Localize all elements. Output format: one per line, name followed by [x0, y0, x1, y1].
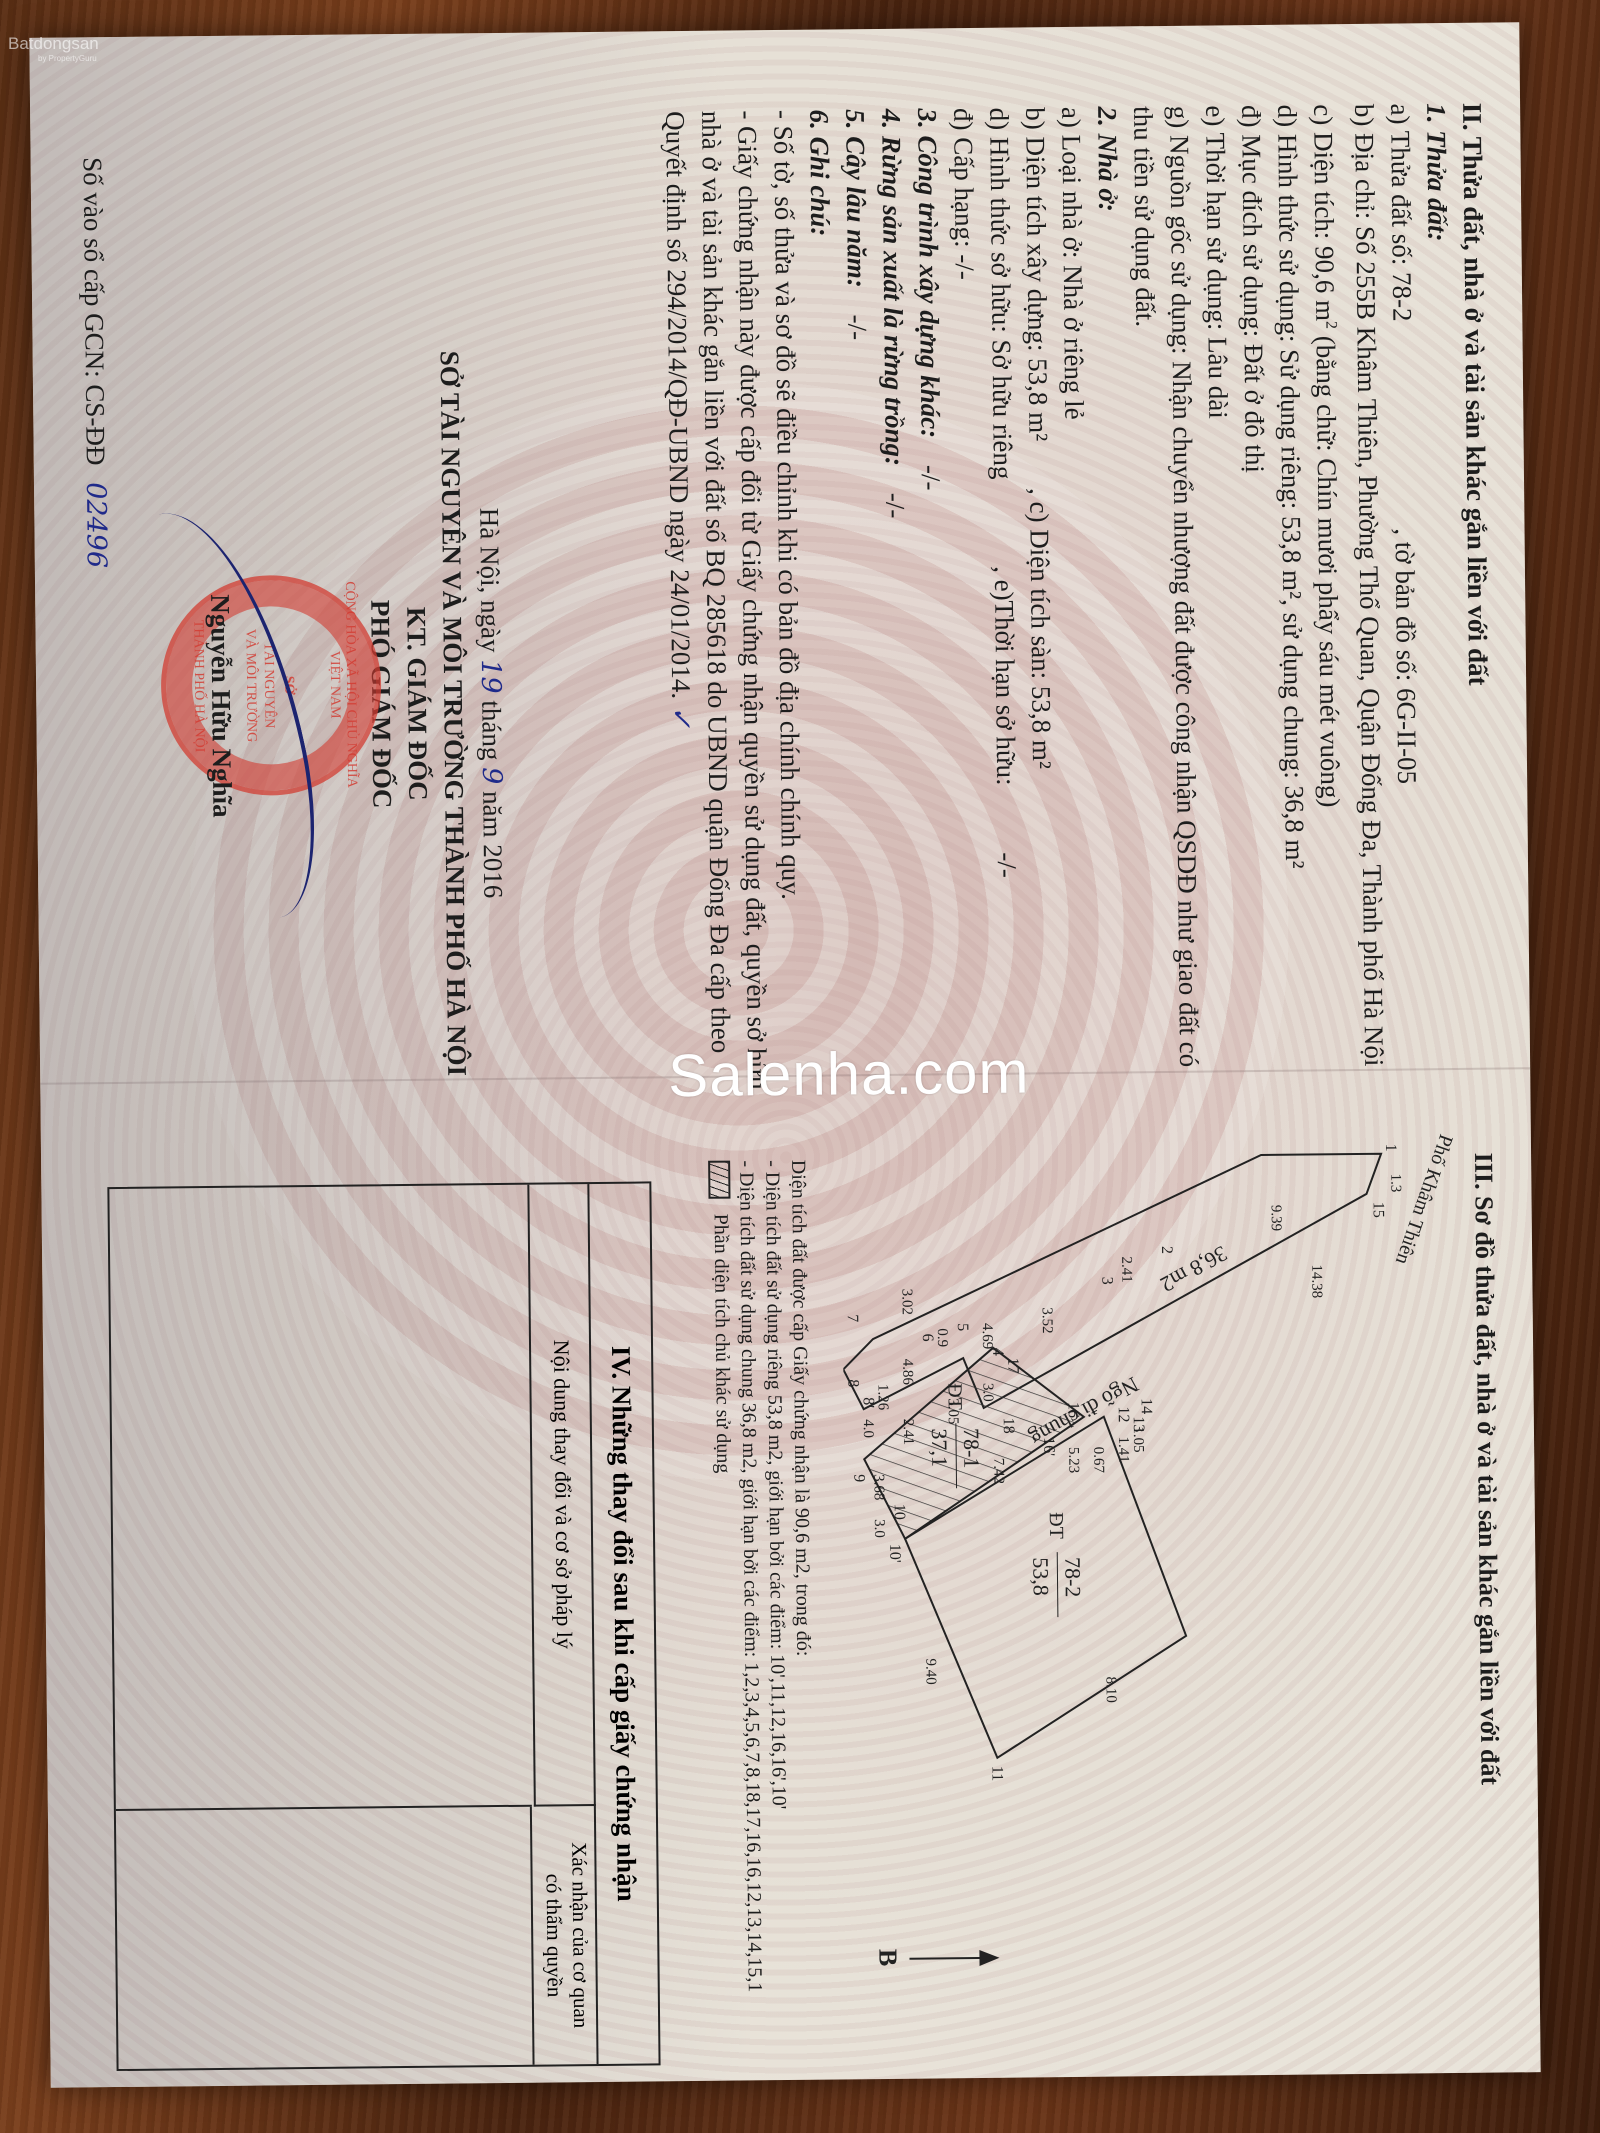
svg-text:1.41: 1.41 — [1115, 1436, 1131, 1462]
svg-text:8: 8 — [844, 1379, 861, 1387]
issue-date: Hà Nội, ngày 19 tháng 9 năm 2016 — [472, 423, 509, 983]
svg-text:3.05: 3.05 — [945, 1398, 961, 1424]
parcel-78-2-area: 53,8 — [1028, 1557, 1053, 1596]
svg-text:3.0: 3.0 — [979, 1383, 995, 1402]
svg-text:1.3: 1.3 — [1387, 1174, 1403, 1193]
batdongsan-watermark: Batdongsan by PropertyGuru — [8, 34, 99, 63]
svg-text:3.02: 3.02 — [898, 1289, 914, 1315]
svg-text:1.26: 1.26 — [874, 1384, 890, 1411]
date-month: 9 — [476, 767, 507, 785]
svg-text:0.9: 0.9 — [934, 1328, 950, 1347]
house-floor-area: , c) Diện tích sàn: 53,8 m² — [1024, 488, 1057, 769]
forest-value: -/- — [880, 493, 910, 519]
svg-text:8.10: 8.10 — [1103, 1677, 1119, 1703]
changes-col-confirm: Xác nhận của cơ quan có thẩm quyền — [530, 1806, 599, 2065]
registry-number-row: Số vào sổ cấp GCN: CS-ĐĐ 02496 — [74, 157, 115, 568]
svg-text:17: 17 — [1004, 1358, 1021, 1374]
confirm-line-2: có thẩm quyền — [540, 1806, 569, 2064]
svg-text:4.69: 4.69 — [979, 1323, 995, 1349]
hatch-legend-icon — [708, 1161, 730, 1199]
svg-text:10': 10' — [886, 1544, 903, 1563]
initials-mark: ✓ — [665, 706, 696, 729]
brand-sub: by PropertyGuru — [38, 54, 99, 63]
svg-text:0.67: 0.67 — [1090, 1447, 1106, 1474]
date-month-label: tháng — [476, 700, 507, 760]
svg-text:4.86: 4.86 — [899, 1359, 915, 1386]
changes-col-content: Nội dung thay đổi và cơ sở pháp lý — [527, 1184, 596, 1807]
svg-text:15: 15 — [1370, 1202, 1387, 1218]
changes-table-body — [109, 1185, 534, 2069]
svg-text:11: 11 — [988, 1766, 1005, 1782]
kt-director: KT. GIÁM ĐỐC — [398, 424, 435, 984]
section-3-title: III. Sơ đồ thửa đất, nhà ở và tài sản kh… — [1465, 1153, 1508, 1786]
house-ownership-term-value: -/- — [992, 852, 1022, 878]
svg-text:7: 7 — [844, 1314, 861, 1322]
svg-text:9: 9 — [850, 1474, 867, 1482]
parcel-map: Phố Khâm Thiên 36,8 m2 Ngõ đi chung 78-2… — [841, 1113, 1470, 2019]
stamp-top-text: CỘNG HÒA XÃ HỘI CHỦ NGHĨA VIỆT NAM — [325, 579, 359, 789]
perennial-value: -/- — [842, 314, 872, 340]
parcel-78-2-code: ĐT — [1045, 1512, 1067, 1539]
changes-table: IV. Những thay đổi sau khi cấp giấy chứn… — [107, 1181, 660, 2071]
parcel-78-1-id: 78-1 — [959, 1428, 984, 1469]
svg-text:4.0: 4.0 — [860, 1419, 876, 1438]
section-2: II. Thửa đất, nhà ở và tài sản khác gắn … — [656, 103, 1500, 1091]
land-certificate-page: II. Thửa đất, nhà ở và tài sản khác gắn … — [29, 22, 1540, 2087]
svg-text:3: 3 — [1098, 1277, 1115, 1285]
signature-block: Hà Nội, ngày 19 tháng 9 năm 2016 — [472, 423, 509, 983]
svg-text:16: 16 — [1065, 1402, 1082, 1418]
salenha-watermark: Salenha.com — [668, 1037, 1030, 1110]
svg-text:1.05: 1.05 — [1130, 1426, 1146, 1452]
map-legend-text: Phần diện tích chủ khác sử dụng — [710, 1214, 735, 1474]
parcel-map-svg: Phố Khâm Thiên 36,8 m2 Ngõ đi chung 78-2… — [841, 1113, 1470, 2019]
agency-name: SỞ TÀI NGUYÊN VÀ MÔI TRƯỜNG THÀNH PHỐ HÀ… — [434, 343, 473, 1083]
land-area: c) Diện tích: 90,6 m — [1308, 104, 1340, 321]
svg-text:3.52: 3.52 — [1039, 1307, 1055, 1333]
svg-text:2.41: 2.41 — [900, 1419, 916, 1445]
house-ownership: d) Hình thức sở hữu: Sở hữu riêng — [984, 108, 1018, 480]
svg-text:18: 18 — [1000, 1418, 1017, 1434]
svg-text:B: B — [873, 1949, 902, 1967]
forest-label: 4. Rừng sản xuất là rừng trồng: — [876, 109, 910, 467]
svg-text:1: 1 — [1382, 1144, 1399, 1152]
svg-text:16': 16' — [1040, 1437, 1057, 1456]
notes-line-4-text: Quyết định số 294/2014/QĐ-UBND ngày 24/0… — [660, 111, 696, 699]
confirm-line-1: Xác nhận của cơ quan — [566, 1806, 595, 2064]
street-label: Phố Khâm Thiên — [1391, 1131, 1457, 1267]
house-build-area: b) Diện tích xây dựng: 53,8 m² — [1020, 107, 1053, 441]
svg-text:3.0: 3.0 — [871, 1519, 887, 1538]
svg-text:14.38: 14.38 — [1308, 1264, 1324, 1298]
svg-text:5.23: 5.23 — [1065, 1447, 1081, 1473]
section-4-title: IV. Những thay đổi sau khi cấp giấy chứn… — [587, 1183, 658, 2064]
map-notes: Diện tích đất được cấp Giấy chứng nhận l… — [707, 1160, 820, 1993]
north-arrow-icon: B — [873, 1948, 999, 1967]
registry-label: Số vào sổ cấp GCN: CS-ĐĐ — [78, 157, 111, 466]
date-year: năm 2016 — [477, 791, 508, 899]
svg-text:5: 5 — [954, 1323, 971, 1331]
svg-text:14: 14 — [1138, 1398, 1155, 1414]
svg-text:3.68: 3.68 — [870, 1474, 886, 1500]
svg-text:7.42: 7.42 — [990, 1458, 1006, 1484]
date-day: 19 — [475, 659, 506, 694]
svg-text:10: 10 — [891, 1504, 908, 1520]
parcel-78-2-id: 78-2 — [1060, 1557, 1085, 1598]
svg-text:9.39: 9.39 — [1268, 1205, 1284, 1231]
land-map-sheet: , tờ bản đồ số: 6G-II-05 — [1390, 528, 1423, 784]
date-prefix: Hà Nội, ngày — [474, 508, 506, 653]
brand-name: Batdongsan — [8, 34, 99, 53]
house-ownership-term: , e)Thời hạn sở hữu: — [989, 566, 1021, 786]
signer-name: Nguyễn Hữu Nghĩa — [202, 426, 239, 986]
svg-text:2.41: 2.41 — [1118, 1256, 1134, 1282]
other-works-label: 3. Công trình xây dựng khác: — [912, 108, 945, 438]
parcel-78-1-area: 37,1 — [927, 1428, 952, 1467]
registry-number: 02496 — [80, 482, 112, 568]
land-parcel-number: a) Thửa đất số: 78-2 — [1385, 103, 1417, 321]
perennial-label: 5. Cây lâu năm: — [840, 109, 872, 288]
land-area-words: (bằng chữ: Chín mươi phẩy sáu mét vuông) — [1310, 336, 1345, 808]
other-works-value: -/- — [916, 465, 946, 491]
svg-text:9.40: 9.40 — [922, 1658, 938, 1684]
svg-text:2: 2 — [1158, 1246, 1175, 1254]
